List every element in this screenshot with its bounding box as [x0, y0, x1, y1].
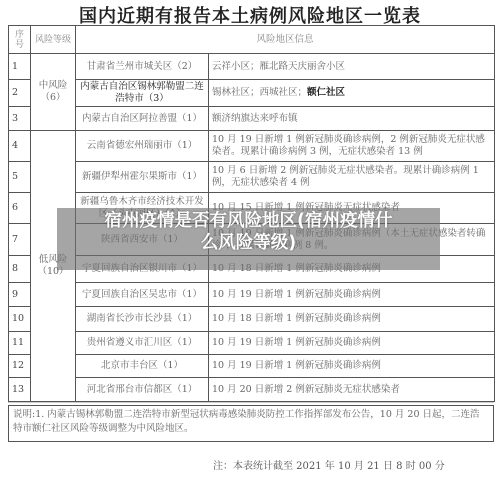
table-row: 4 低风险（10） 云南省德宏州瑞丽市（1） 10 月 19 日新增 1 例新冠…: [9, 131, 495, 162]
row-seq: 6: [9, 193, 31, 224]
row-info: 10 月 19 日新增 1 例新冠肺炎确诊病例: [209, 355, 495, 378]
row-info: 10 月 18 日新增 1 例新冠肺炎确诊病例: [209, 307, 495, 332]
table-row: 11 贵州省遵义市汇川区（1） 10 月 19 日新增 1 例新冠肺炎确诊病例: [9, 332, 495, 355]
row-info: 10 月 20 日新增 2 例新冠肺炎无症状感染者: [209, 378, 495, 402]
row-info: 云祥小区；雁北路天庆丽舍小区: [209, 54, 495, 80]
table-row: 10 湖南省长沙市长沙县（1） 10 月 18 日新增 1 例新冠肺炎确诊病例: [9, 307, 495, 332]
row-info: 额济纳旗达来呼布镇: [209, 107, 495, 131]
divider: [8, 402, 494, 403]
row-seq: 10: [9, 307, 31, 332]
risk-level-medium: 中风险（6）: [31, 54, 76, 131]
row-seq: 4: [9, 131, 31, 162]
row-seq: 9: [9, 283, 31, 307]
row-seq: 12: [9, 355, 31, 378]
table-row: 12 北京市丰台区（1） 10 月 19 日新增 1 例新冠肺炎确诊病例: [9, 355, 495, 378]
header-seq: 序号: [9, 26, 31, 54]
table-header-row: 序号 风险等级 风险地区信息: [9, 26, 495, 54]
row-seq: 8: [9, 256, 31, 283]
row-region: 宁夏回族自治区吴忠市（1）: [76, 283, 209, 307]
row-region: 北京市丰台区（1）: [76, 355, 209, 378]
overlay-headline-line2: 么风险等级): [57, 232, 440, 254]
row-region: 河北省邢台市信都区（1）: [76, 378, 209, 402]
table-row: 13 河北省邢台市信都区（1） 10 月 20 日新增 2 例新冠肺炎无症状感染…: [9, 378, 495, 402]
row-info: 10 月 6 日新增 2 例新冠肺炎无症状感染者。现累计确诊病例 1 例，无症状…: [209, 162, 495, 193]
row-region: 内蒙古自治区阿拉善盟（1）: [76, 107, 209, 131]
row-info-text: 锡林社区；西城社区；: [212, 87, 307, 98]
row-info: 10 月 19 日新增 1 例新冠肺炎确诊病例: [209, 283, 495, 307]
table-row: 2 内蒙古自治区锡林郭勒盟二连浩特市（3） 锡林社区；西城社区；额仁社区: [9, 80, 495, 107]
row-seq: 2: [9, 80, 31, 107]
table-row: 1 中风险（6） 甘肃省兰州市城关区（2） 云祥小区；雁北路天庆丽舍小区: [9, 54, 495, 80]
row-info: 10 月 19 日新增 1 例新冠肺炎确诊病例，2 例新冠肺炎无症状感染者。现累…: [209, 131, 495, 162]
explanation-note: 说明:1. 内蒙古锡林郭勒盟二连浩特市新型冠状病毒感染肺炎防控工作指挥部发布公告…: [8, 405, 494, 442]
header-info: 风险地区信息: [76, 26, 495, 54]
row-seq: 1: [9, 54, 31, 80]
row-info: 锡林社区；西城社区；额仁社区: [209, 80, 495, 107]
row-seq: 7: [9, 224, 31, 256]
row-region: 云南省德宏州瑞丽市（1）: [76, 131, 209, 162]
row-seq: 3: [9, 107, 31, 131]
row-seq: 5: [9, 162, 31, 193]
row-seq: 13: [9, 378, 31, 402]
row-region: 湖南省长沙市长沙县（1）: [76, 307, 209, 332]
row-region: 贵州省遵义市汇川区（1）: [76, 332, 209, 355]
row-seq: 11: [9, 332, 31, 355]
overlay-headline-line1: 宿州疫情是否有风险地区(宿州疫情什: [57, 210, 440, 232]
overlay-headline: 宿州疫情是否有风险地区(宿州疫情什 么风险等级): [57, 210, 440, 254]
row-region: 内蒙古自治区锡林郭勒盟二连浩特市（3）: [76, 80, 209, 107]
header-level: 风险等级: [31, 26, 76, 54]
row-region: 新疆伊犁州霍尔果斯市（1）: [76, 162, 209, 193]
table-row: 9 宁夏回族自治区吴忠市（1） 10 月 19 日新增 1 例新冠肺炎确诊病例: [9, 283, 495, 307]
row-info-bold: 额仁社区: [307, 87, 345, 98]
row-info: 10 月 19 日新增 1 例新冠肺炎确诊病例: [209, 332, 495, 355]
statistics-cutoff-note: 注：本表统计截至 2021 年 10 月 21 日 8 时 00 分: [213, 457, 445, 472]
row-region: 甘肃省兰州市城关区（2）: [76, 54, 209, 80]
table-row: 3 内蒙古自治区阿拉善盟（1） 额济纳旗达来呼布镇: [9, 107, 495, 131]
table-row: 5 新疆伊犁州霍尔果斯市（1） 10 月 6 日新增 2 例新冠肺炎无症状感染者…: [9, 162, 495, 193]
